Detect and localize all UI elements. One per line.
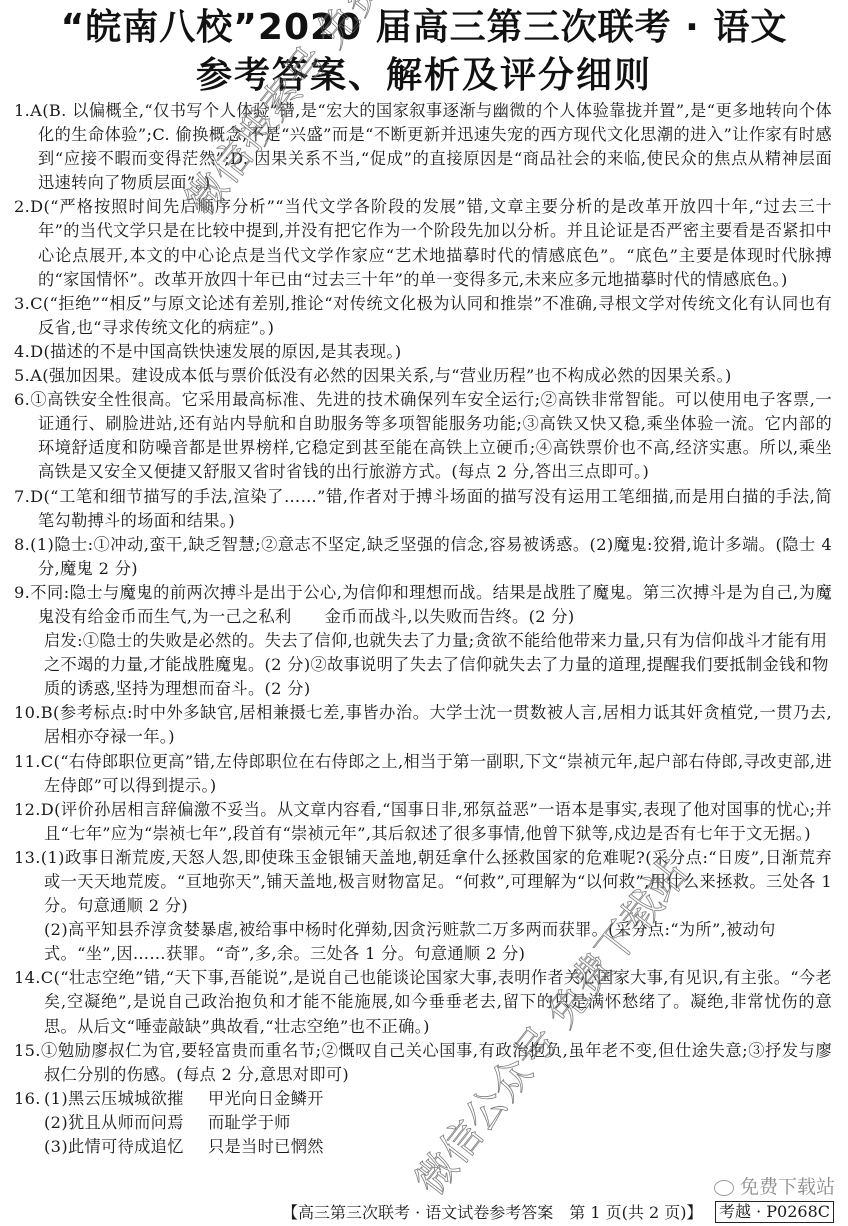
- q16-first-half: 黑云压城城欲摧: [68, 1087, 186, 1111]
- answer-item-2: 2.D(“严格按照时间先后顺序分析”“当代文学各阶段的发展”错,文章主要分析的是…: [14, 195, 832, 291]
- answer-text: C(“壮志空绝”错,“天下事,吾能说”,是说自己也能谈论国家大事,表明作者关心国…: [41, 968, 832, 1035]
- q16-first-half: 此情可待成追忆: [68, 1135, 186, 1159]
- answer-text: 不同:隐士与魔鬼的前两次搏斗是出于公心,为信仰和理想而战。结果是战胜了魔鬼。第三…: [30, 583, 832, 626]
- answer-text: C(“右侍郎职位更高”错,左侍郎职位在右侍郎之上,相当于第一副职,下文“崇祯元年…: [41, 752, 832, 795]
- answer-item-11: 11.C(“右侍郎职位更高”错,左侍郎职位在右侍郎之上,相当于第一副职,下文“崇…: [14, 750, 832, 798]
- q16-label: (1): [44, 1087, 68, 1111]
- answer-item-1: 1.A(B. 以偏概全,“仅书写个人体验”错,是“宏大的国家叙事逐渐与幽微的个人…: [14, 99, 832, 195]
- answer-text: C(“拒绝”“相反”与原文论述有差别,推论“对传统文化极为认同和推崇”不准确,寻…: [30, 294, 832, 337]
- page-subtitle: 参考答案、解析及评分细则: [0, 54, 848, 98]
- answer-number: 1.: [14, 101, 30, 120]
- answer-item-12: 12.D(评价孙居相言辞偏激不妥当。从文章内容看,“国事日非,邪氛益恶”一语本是…: [14, 798, 832, 846]
- answer-text: D(描述的不是中国高铁快速发展的原因,是其表现。): [30, 342, 401, 361]
- page-title: “皖南八校”2020 届高三第三次联考 · 语文: [0, 6, 848, 50]
- answer-number: 11.: [14, 752, 41, 771]
- answer-number: 6.: [14, 390, 30, 409]
- answer-text: D(“严格按照时间先后顺序分析”“当代文学各阶段的发展”错,文章主要分析的是改革…: [30, 197, 832, 288]
- watermark-logo-text: 免费下载站: [740, 1176, 835, 1198]
- q16-label: (3): [44, 1135, 68, 1159]
- answer-number: 16.: [14, 1087, 44, 1111]
- answer-item-13-extra: (2)高平知县乔淳贪婪暴虐,被给事中杨时化弹劾,因贪污赃款二万多两而获罪。(采分…: [14, 918, 832, 966]
- answer-number: 7.: [14, 487, 30, 506]
- answer-number: 9.: [14, 583, 30, 602]
- answer-list: 1.A(B. 以偏概全,“仅书写个人体验”错,是“宏大的国家叙事逐渐与幽微的个人…: [14, 99, 832, 1159]
- answer-item-6: 6.①高铁安全性很高。它采用最高标准、先进的技术确保列车安全运行;②高铁非常智能…: [14, 388, 832, 484]
- q16-first-half: 犹且从师而问焉: [68, 1111, 186, 1135]
- page-footer: 【高三第三次联考 · 语文试卷参考答案 第 1 页(共 2 页)】: [282, 1203, 702, 1223]
- answer-text: A(B. 以偏概全,“仅书写个人体验”错,是“宏大的国家叙事逐渐与幽微的个人体验…: [30, 101, 832, 192]
- answer-number: 10.: [14, 703, 41, 722]
- exam-code-box: 考越 · P0268C: [715, 1201, 834, 1223]
- answer-text: A(强加因果。建设成本低与票价低没有必然的因果关系,与“营业历程”也不构成必然的…: [30, 366, 732, 385]
- answer-text: D(“工笔和细节描写的手法,渲染了……”错,作者对于搏斗场面的描写没有运用工笔细…: [30, 487, 832, 530]
- q16-second-half: 只是当时已惘然: [208, 1135, 324, 1159]
- answer-number: 2.: [14, 197, 30, 216]
- answer-item-9: 9.不同:隐士与魔鬼的前两次搏斗是出于公心,为信仰和理想而战。结果是战胜了魔鬼。…: [14, 581, 832, 629]
- q16-second-half: 而耻学于师: [208, 1111, 291, 1135]
- answer-number: 5.: [14, 366, 30, 385]
- answer-number: 13.: [14, 848, 41, 867]
- q16-line-1: 16. (1) 黑云压城城欲摧 甲光向日金鳞开: [14, 1087, 832, 1111]
- q16-line-3: (3) 此情可待成追忆 只是当时已惘然: [14, 1135, 832, 1159]
- q16-line-2: (2) 犹且从师而问焉 而耻学于师: [14, 1111, 832, 1135]
- answer-item-8: 8.(1)隐士:①冲动,蛮干,缺乏智慧;②意志不坚定,缺乏坚强的信念,容易被诱惑…: [14, 533, 832, 581]
- answer-text: (1)隐士:①冲动,蛮干,缺乏智慧;②意志不坚定,缺乏坚强的信念,容易被诱惑。(…: [30, 535, 832, 578]
- answer-text: (1)政事日渐荒废,天怒人怨,即使珠玉金银铺天盖地,朝廷拿什么拯救国家的危难呢?…: [41, 848, 832, 915]
- answer-number: 4.: [14, 342, 30, 361]
- answer-item-14: 14.C(“壮志空绝”错,“天下事,吾能说”,是说自己也能谈论国家大事,表明作者…: [14, 966, 832, 1038]
- answer-text: B(参考标点:时中外多缺官,居相兼摄七差,事皆办治。大学士沈一贯数被人言,居相力…: [41, 703, 832, 746]
- answer-item-5: 5.A(强加因果。建设成本低与票价低没有必然的因果关系,与“营业历程”也不构成必…: [14, 364, 832, 388]
- answer-item-10: 10.B(参考标点:时中外多缺官,居相兼摄七差,事皆办治。大学士沈一贯数被人言,…: [14, 701, 832, 749]
- answer-number: 15.: [14, 1041, 41, 1060]
- answer-item-4: 4.D(描述的不是中国高铁快速发展的原因,是其表现。): [14, 340, 832, 364]
- answer-text: ①高铁安全性很高。它采用最高标准、先进的技术确保列车安全运行;②高铁非常智能。可…: [30, 390, 832, 481]
- q16-second-half: 甲光向日金鳞开: [208, 1087, 324, 1111]
- answer-item-9-extra: 启发:①隐士的失败是必然的。失去了信仰,也就失去了力量;贪欲不能给他带来力量,只…: [14, 629, 832, 701]
- answer-number: 12.: [14, 800, 41, 819]
- answer-text: ①勉励廖叔仁为官,要轻富贵而重名节;②慨叹自己关心国事,有政治抱负,虽年老不变,…: [41, 1041, 832, 1084]
- answer-item-7: 7.D(“工笔和细节描写的手法,渲染了……”错,作者对于搏斗场面的描写没有运用工…: [14, 485, 832, 533]
- answer-item-13: 13.(1)政事日渐荒废,天怒人怨,即使珠玉金银铺天盖地,朝廷拿什么拯救国家的危…: [14, 846, 832, 918]
- answer-number: 8.: [14, 535, 30, 554]
- answer-number: 3.: [14, 294, 30, 313]
- answer-text: D(评价孙居相言辞偏激不妥当。从文章内容看,“国事日非,邪氛益恶”一语本是事实,…: [41, 800, 832, 843]
- watermark-logo: 免费下载站: [714, 1172, 835, 1199]
- wechat-icon: [714, 1180, 734, 1196]
- answer-item-15: 15.①勉励廖叔仁为官,要轻富贵而重名节;②慨叹自己关心国事,有政治抱负,虽年老…: [14, 1039, 832, 1087]
- answer-item-3: 3.C(“拒绝”“相反”与原文论述有差别,推论“对传统文化极为认同和推崇”不准确…: [14, 292, 832, 340]
- q16-label: (2): [44, 1111, 68, 1135]
- answer-number: 14.: [14, 968, 41, 987]
